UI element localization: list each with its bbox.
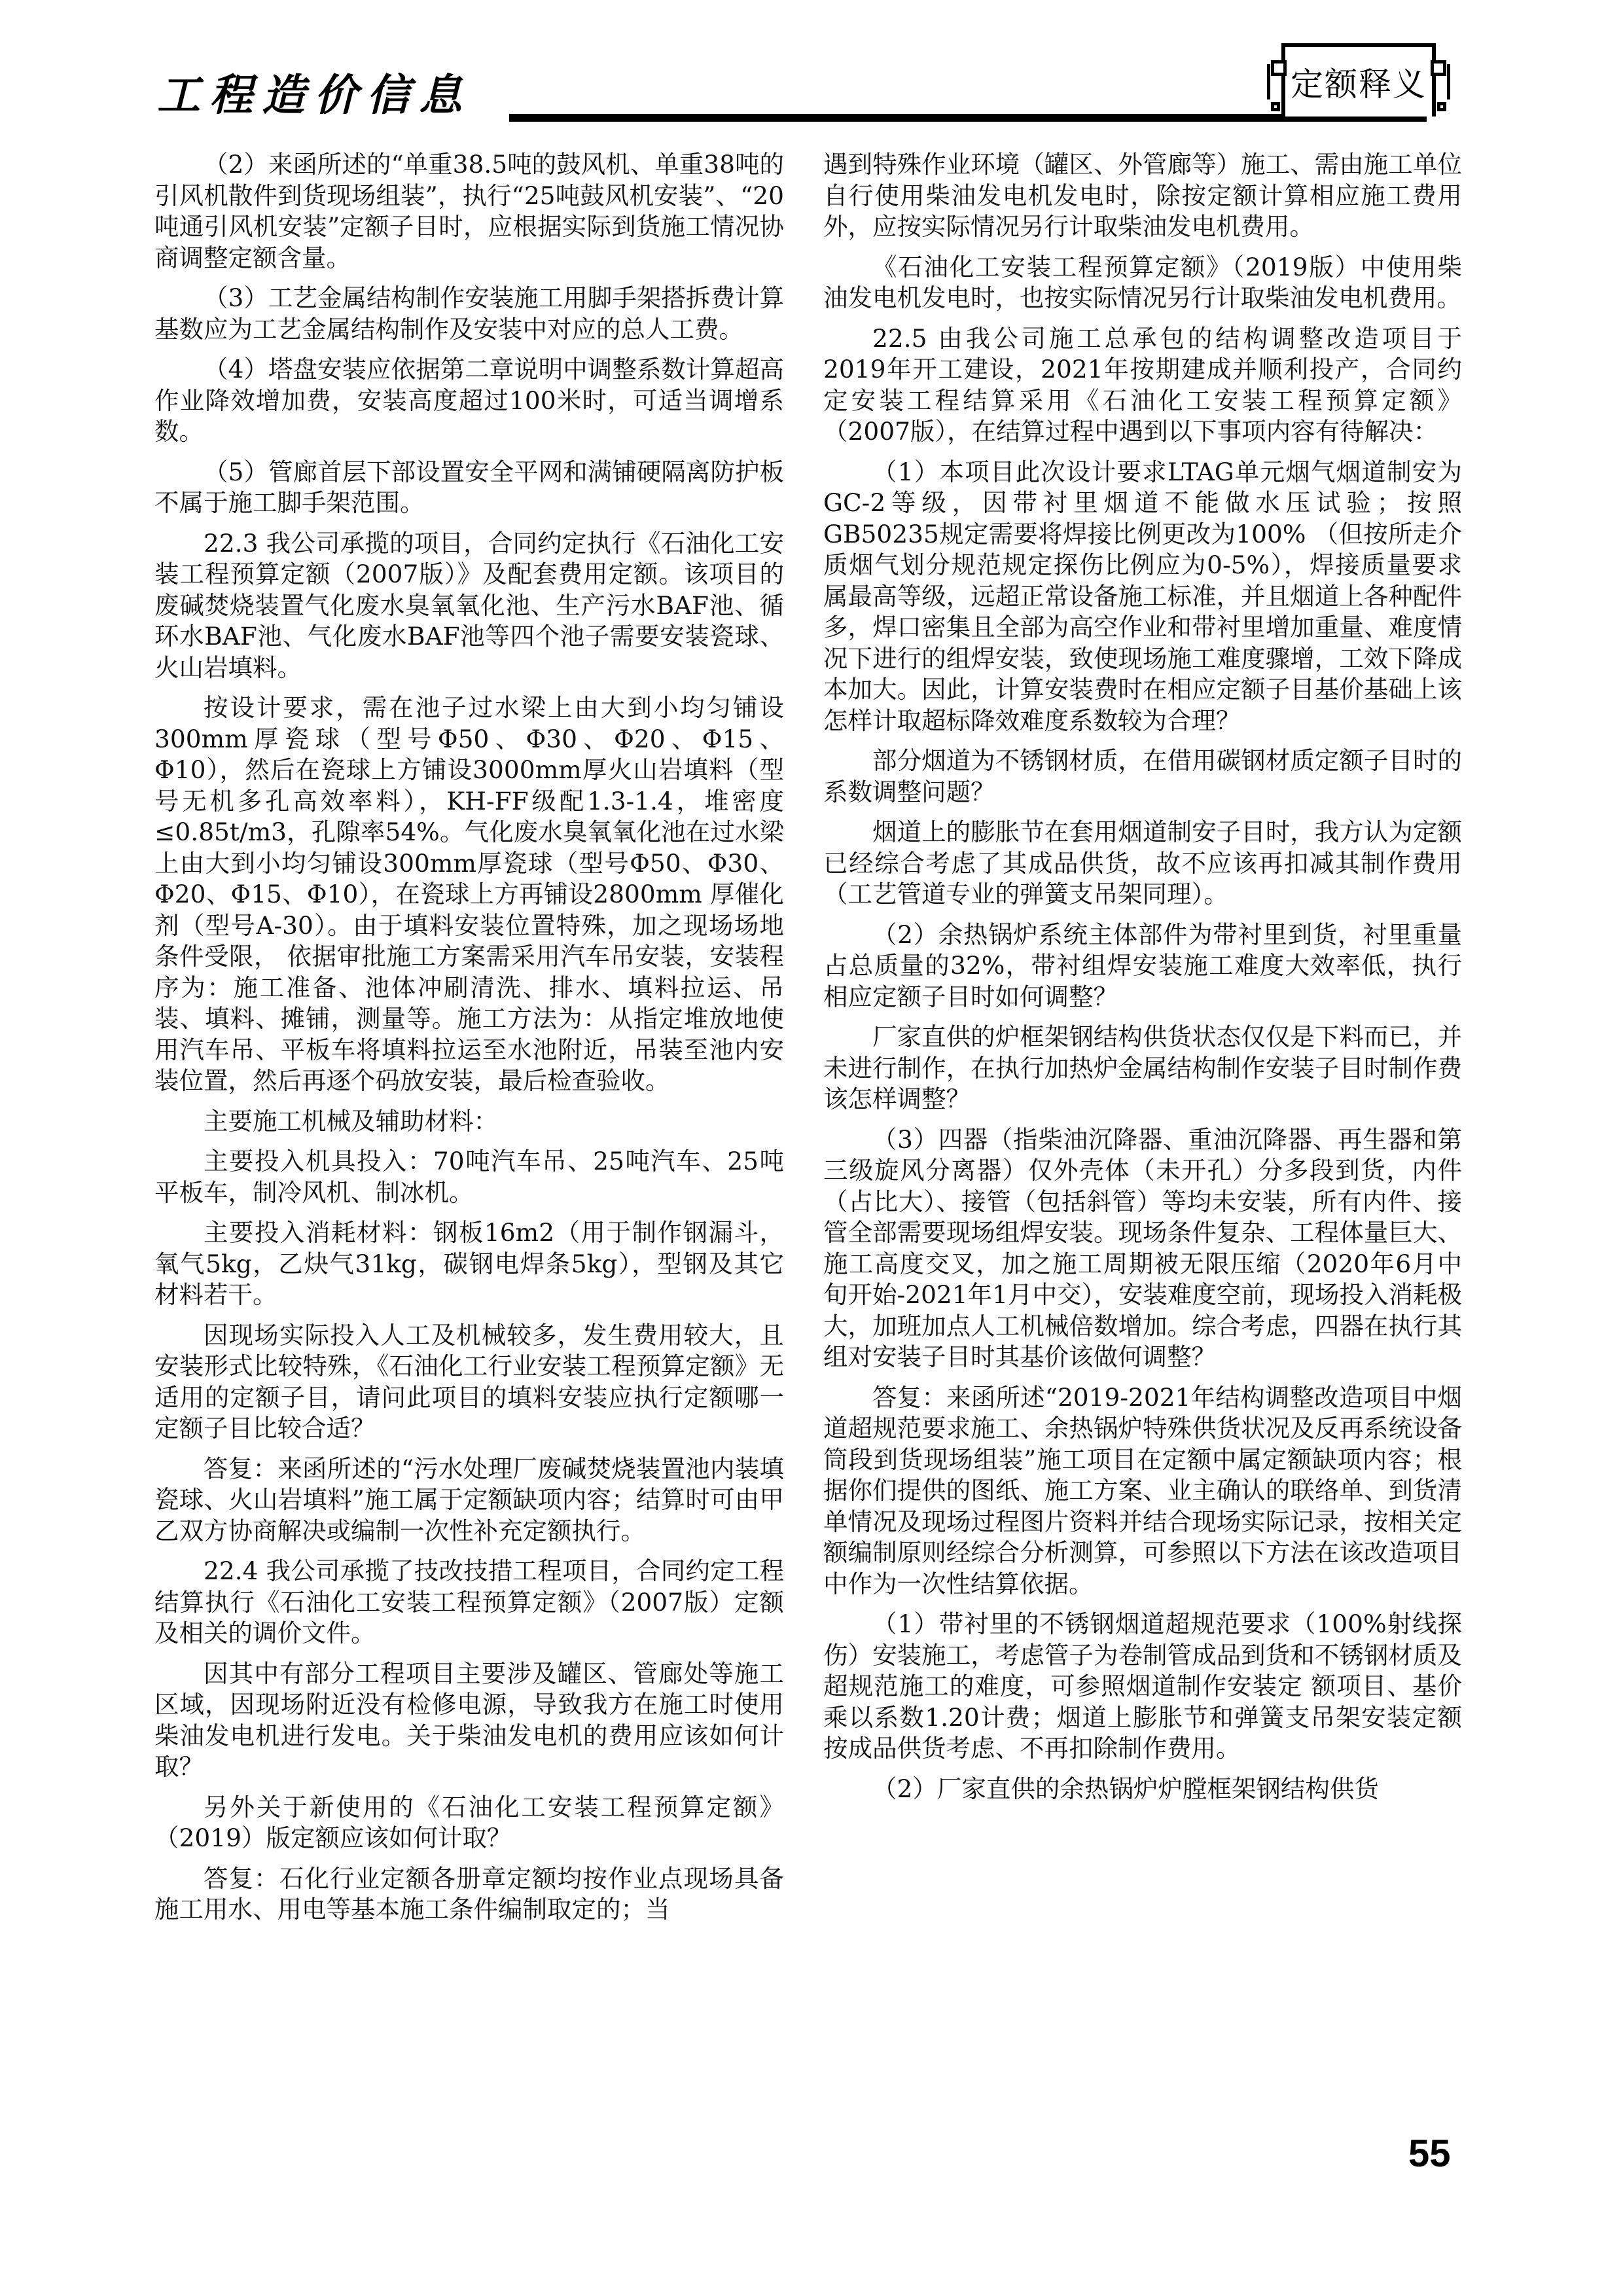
paragraph: （3）工艺金属结构制作安装施工用脚手架搭拆费计算基数应为工艺金属结构制作及安装中… [154,283,784,345]
section-tag-label: 定额释义 [1291,58,1427,105]
answer-paragraph: 答复：来函所述“2019-2021年结构调整改造项目中烟道超规范要求施工、余热锅… [823,1382,1462,1600]
frame-corner-ornament-icon [1271,102,1280,111]
paragraph: 按设计要求，需在池子过水梁上由大到小均匀铺设300mm厚瓷球（型号Φ50、Φ30… [154,692,784,1097]
section-tag-frame: 定额释义 [1281,43,1436,117]
answer-paragraph: 答复：来函所述的“污水处理厂废碱焚烧装置池内装填瓷球、火山岩填料”施工属于定额缺… [154,1454,784,1547]
paragraph: （2）来函所述的“单重38.5吨的鼓风机、单重38吨的引风机散件到货现场组装”，… [154,149,784,274]
paragraph: 因其中有部分工程项目主要涉及罐区、管廊处等施工区域，因现场附近没有检修电源，导致… [154,1659,784,1783]
right-column: 遇到特殊作业环境（罐区、外管廊等）施工、需由施工单位自行使用柴油发电机发电时，除… [823,149,1462,1814]
paragraph: （4）塔盘安装应依据第二章说明中调整系数计算超高作业降效增加费，安装高度超过10… [154,354,784,448]
frame-side-ornament-icon [1267,64,1270,99]
frame-corner-ornament-icon [1437,102,1446,111]
paragraph-continuation: 遇到特殊作业环境（罐区、外管廊等）施工、需由施工单位自行使用柴油发电机发电时，除… [823,149,1462,243]
paragraph: （2）余热锅炉系统主体部件为带衬里到货，衬里重量占总质量的32%，带衬组焊安装施… [823,920,1462,1013]
paragraph: （5）管廊首层下部设置安全平网和满铺硬隔离防护板不属于施工脚手架范围。 [154,457,784,519]
paragraph: 主要投入消耗材料：钢板16m2（用于制作钢漏斗，氧气5kg，乙炔气31kg，碳钢… [154,1217,784,1311]
paragraph: 《石油化工安装工程预算定额》（2019版）中使用柴油发电机发电时，也按实际情况另… [823,252,1462,314]
paragraph: 烟道上的膨胀节在套用烟道制安子目时，我方认为定额已经综合考虑了其成品供货，故不应… [823,817,1462,910]
left-column: （2）来函所述的“单重38.5吨的鼓风机、单重38吨的引风机散件到货现场组装”，… [154,149,784,1935]
question-heading-22-5: 22.5 由我公司施工总承包的结构调整改造项目于2019年开工建设，2021年按… [823,323,1462,448]
paragraph: 因现场实际投入人工及机械较多，发生费用较大，且安装形式比较特殊，《石油化工行业安… [154,1320,784,1444]
answer-paragraph: 答复：石化行业定额各册章定额均按作业点现场具备施工用水、用电等基本施工条件编制取… [154,1863,784,1926]
question-heading-22-4: 22.4 我公司承揽了技改技措工程项目，合同约定工程结算执行《石油化工安装工程预… [154,1556,784,1649]
paragraph: 厂家直供的炉框架钢结构供货状态仅仅是下料而已，并未进行制作，在执行加热炉金属结构… [823,1022,1462,1115]
masthead: 工程造价信息 定额释义 [0,0,1623,131]
journal-title: 工程造价信息 [157,73,471,117]
paragraph: 另外关于新使用的《石油化工安装工程预算定额》（2019）版定额应该如何计取？ [154,1792,784,1854]
paragraph: （3）四器（指柴油沉降器、重油沉降器、再生器和第三级旋风分离器）仅外壳体（未开孔… [823,1124,1462,1373]
paragraph: 部分烟道为不锈钢材质，在借用碳钢材质定额子目时的系数调整问题？ [823,745,1462,808]
question-heading-22-3: 22.3 我公司承揽的项目，合同约定执行《石油化工安装工程预算定额（2007版）… [154,528,784,684]
paragraph: （2）厂家直供的余热锅炉炉膛框架钢结构供货 [823,1774,1462,1805]
paragraph: 主要投入机具投入：70吨汽车吊、25吨汽车、25吨平板车，制冷风机、制冰机。 [154,1146,784,1208]
frame-side-ornament-icon [1447,64,1450,99]
paragraph: 主要施工机械及辅助材料： [154,1106,784,1138]
paragraph: （1）本项目此次设计要求LTAG单元烟气烟道制安为GC-2等级，因带衬里烟道不能… [823,457,1462,737]
paragraph: （1）带衬里的不锈钢烟道超规范要求（100%射线探伤）安装施工，考虑管子为卷制管… [823,1609,1462,1765]
page-number: 55 [1408,2135,1451,2173]
